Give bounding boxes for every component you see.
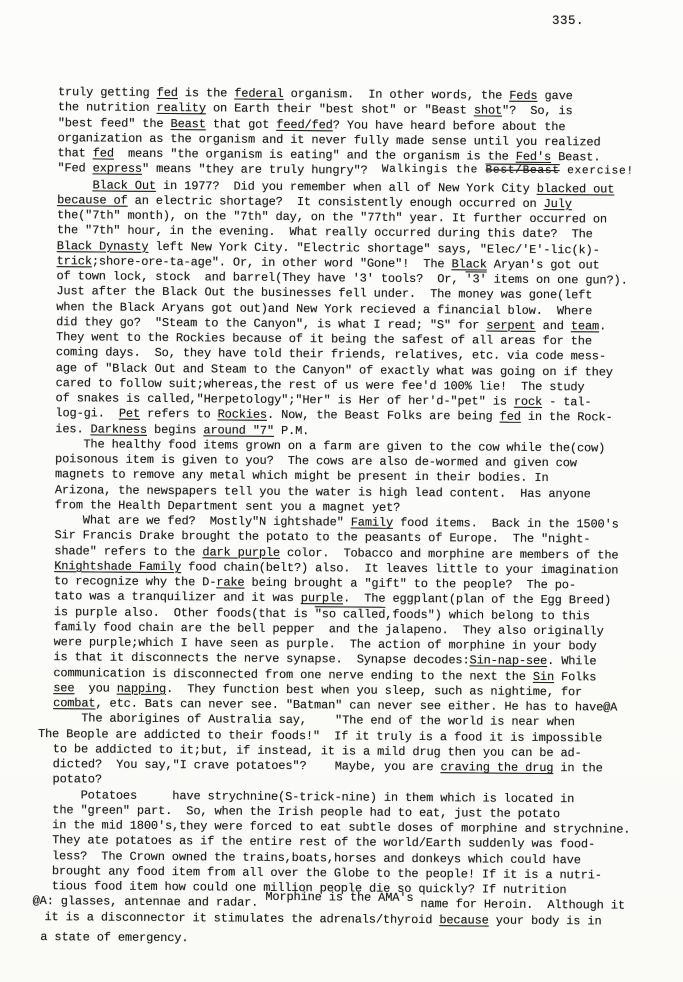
document-lines: truly getting fed is the federal organis… bbox=[51, 85, 674, 950]
text-line: a state of emergency. bbox=[40, 930, 667, 950]
scanned-page: 335. truly getting fed is the federal or… bbox=[0, 0, 683, 982]
page-number: 335. bbox=[552, 14, 584, 28]
